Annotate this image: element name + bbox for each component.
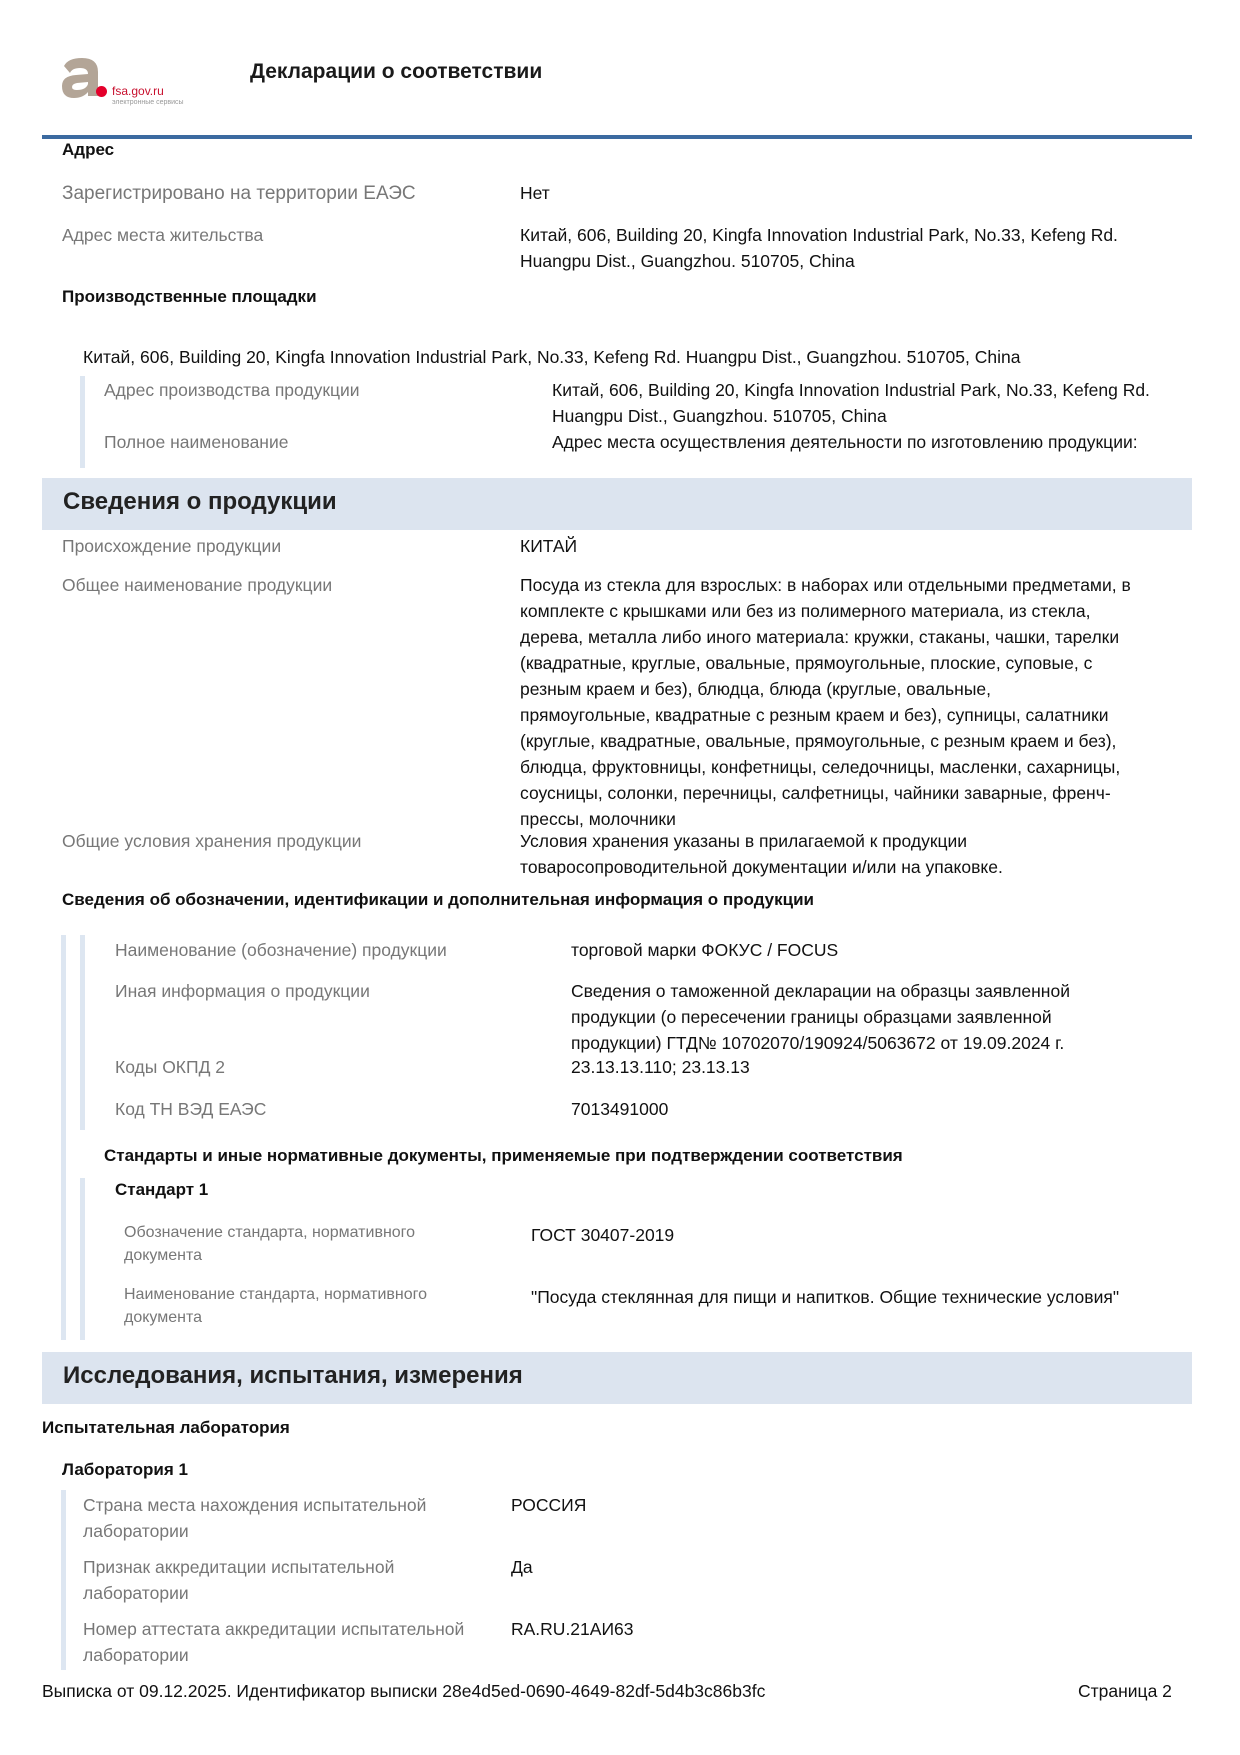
field-label: Наименование стандарта, нормативного док… xyxy=(124,1283,427,1329)
section-indent-bar xyxy=(80,1178,85,1340)
field-value: Нет xyxy=(520,180,550,206)
field-value: торговой марки ФОКУС / FOCUS xyxy=(571,937,838,963)
lab-title: Лаборатория 1 xyxy=(62,1460,188,1480)
field-label: Зарегистрировано на территории ЕАЭС xyxy=(62,181,416,207)
field-label: Общее наименование продукции xyxy=(62,572,332,598)
field-value: 23.13.13.110; 23.13.13 xyxy=(571,1054,750,1080)
header-divider xyxy=(42,135,1192,139)
field-value: RA.RU.21АИ63 xyxy=(511,1616,634,1642)
logo-subtext: электронные сервисы xyxy=(112,99,184,106)
field-label: Полное наименование xyxy=(104,429,288,455)
lab-heading: Испытательная лаборатория xyxy=(42,1418,290,1438)
field-label: Адрес производства продукции xyxy=(104,377,360,403)
field-value: РОССИЯ xyxy=(511,1492,586,1518)
field-label: Код ТН ВЭД ЕАЭС xyxy=(115,1096,266,1122)
field-label: Адрес места жительства xyxy=(62,222,263,248)
section-indent-bar xyxy=(80,376,85,468)
section-title: Исследования, испытания, измерения xyxy=(63,1362,523,1390)
field-value: "Посуда стеклянная для пищи и напитков. … xyxy=(531,1284,1119,1310)
field-value: Сведения о таможенной декларации на обра… xyxy=(571,978,1070,1056)
field-label: Страна места нахождения испытательной ла… xyxy=(83,1492,426,1544)
section-indent-bar xyxy=(61,1490,66,1670)
field-value: Да xyxy=(511,1554,533,1580)
field-value: 7013491000 xyxy=(571,1096,668,1122)
field-value: Адрес места осуществления деятельности п… xyxy=(552,429,1138,455)
address-heading: Адрес xyxy=(62,140,114,160)
field-value: Условия хранения указаны в прилагаемой к… xyxy=(520,828,1003,880)
field-value: Посуда из стекла для взрослых: в наборах… xyxy=(520,572,1200,832)
field-value: КИТАЙ xyxy=(520,533,577,559)
standards-heading: Стандарты и иные нормативные документы, … xyxy=(104,1146,903,1166)
identification-heading: Сведения об обозначении, идентификации и… xyxy=(62,890,814,910)
production-site-title: Китай, 606, Building 20, Kingfa Innovati… xyxy=(83,344,1020,370)
page-number: Страница 2 xyxy=(1078,1681,1172,1702)
field-label: Обозначение стандарта, нормативного доку… xyxy=(124,1221,415,1267)
extract-info: Выписка от 09.12.2025. Идентификатор вып… xyxy=(42,1681,765,1702)
page-title: Декларации о соответствии xyxy=(250,60,542,84)
field-label: Иная информация о продукции xyxy=(115,978,370,1004)
production-sites-heading: Производственные площадки xyxy=(62,287,317,307)
fsa-logo: fsa.gov.ru электронные сервисы xyxy=(58,56,218,116)
section-header-product: Сведения о продукции xyxy=(42,478,1192,530)
logo-text: fsa.gov.ru xyxy=(112,84,164,98)
standard-title: Стандарт 1 xyxy=(115,1180,208,1200)
field-label: Коды ОКПД 2 xyxy=(115,1054,225,1080)
field-label: Признак аккредитации испытательной лабор… xyxy=(83,1554,394,1606)
field-label: Общие условия хранения продукции xyxy=(62,828,361,854)
field-value: Китай, 606, Building 20, Kingfa Innovati… xyxy=(520,222,1118,274)
field-value: Китай, 606, Building 20, Kingfa Innovati… xyxy=(552,377,1150,429)
field-label: Происхождение продукции xyxy=(62,533,281,559)
section-title: Сведения о продукции xyxy=(63,488,337,516)
field-value: ГОСТ 30407-2019 xyxy=(531,1222,674,1248)
logo-dot xyxy=(96,86,107,97)
section-indent-bar xyxy=(80,935,85,1130)
section-indent-bar xyxy=(61,935,66,1340)
section-header-research: Исследования, испытания, измерения xyxy=(42,1352,1192,1404)
field-label: Номер аттестата аккредитации испытательн… xyxy=(83,1616,464,1668)
field-label: Наименование (обозначение) продукции xyxy=(115,937,447,963)
